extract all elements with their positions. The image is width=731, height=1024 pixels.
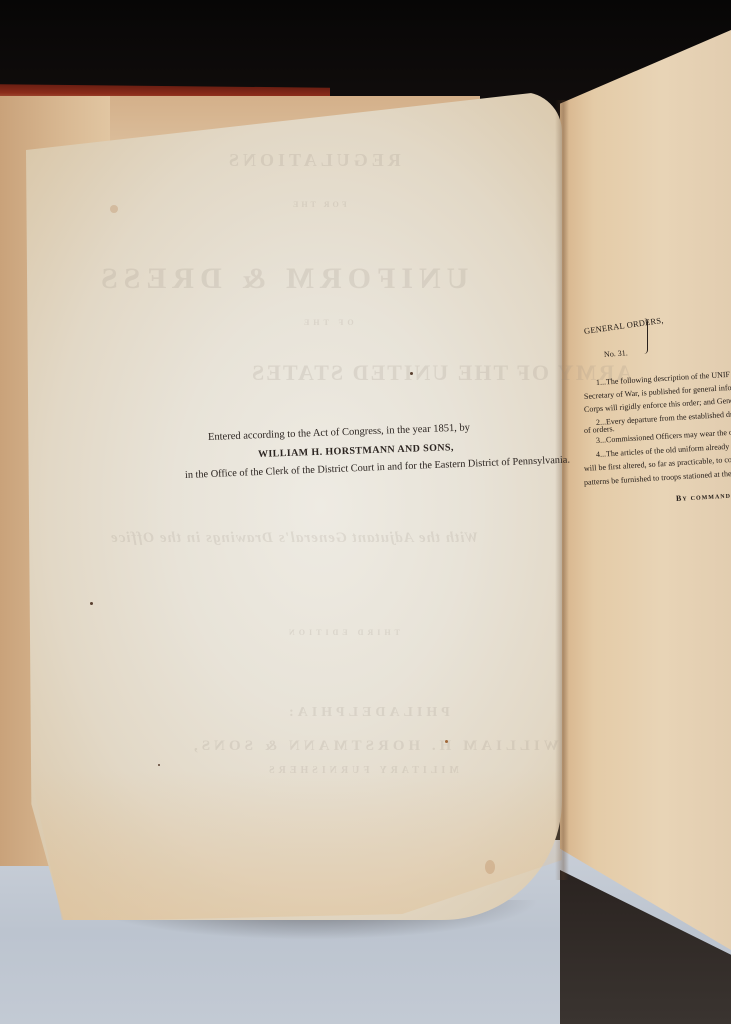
- ghost-publisher: WILLIAM H. HORSTMANN & SONS,: [190, 738, 559, 755]
- foxing-spot: [410, 372, 413, 375]
- foxing-spot: [158, 764, 160, 766]
- ghost-title-regulations: REGULATIONS: [225, 150, 401, 171]
- book-gutter: [555, 100, 569, 880]
- ghost-title-army: ARMY OF THE UNITED STATES: [250, 360, 632, 386]
- ghost-title-for-the: FOR THE: [290, 200, 347, 209]
- foxing-spot: [90, 602, 93, 605]
- order-number: No. 31.: [604, 348, 628, 359]
- ghost-caption: With the Adjutant General's Drawings in …: [110, 530, 478, 547]
- foxing-stain: [110, 205, 118, 213]
- ghost-edition: THIRD EDITION: [285, 628, 400, 637]
- right-page: [560, 30, 731, 950]
- foxing-stain: [485, 860, 495, 874]
- book-photo-scene: REGULATIONS FOR THE UNIFORM & DRESS OF T…: [0, 0, 731, 1024]
- ghost-city: PHILADELPHIA:: [285, 705, 450, 721]
- order-line-5: of orders.: [584, 424, 615, 435]
- ghost-title-of-the: OF THE: [300, 318, 354, 327]
- heading-bracket: [644, 318, 648, 354]
- foxing-spot: [445, 740, 448, 743]
- ghost-title-uniform-dress: UNIFORM & DRESS: [95, 262, 468, 296]
- ghost-trade: MILITARY FURNISHERS: [265, 765, 459, 776]
